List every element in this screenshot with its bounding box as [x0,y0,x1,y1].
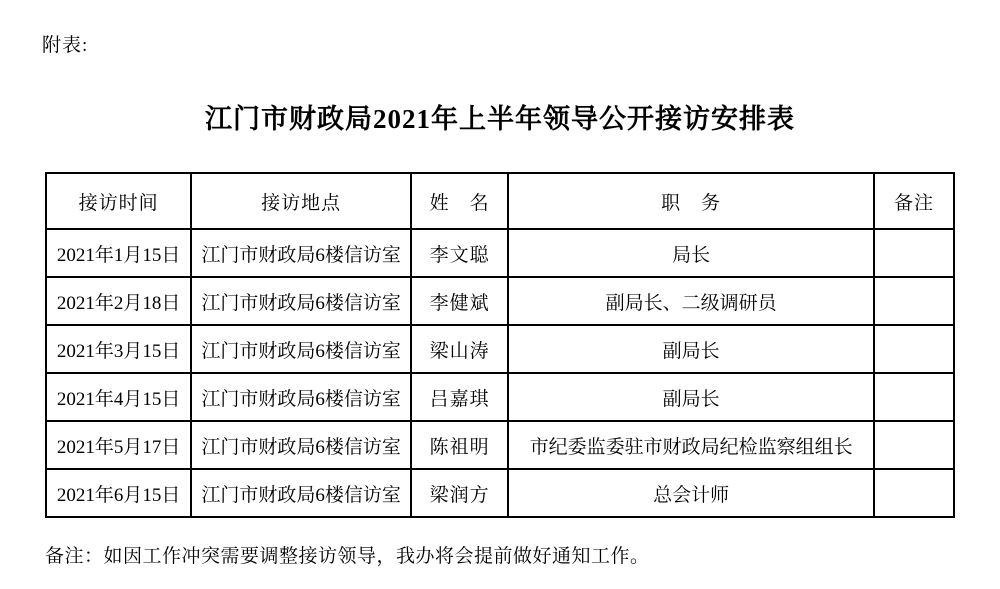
table-row: 2021年1月15日 江门市财政局6楼信访室 李文聪 局长 [46,229,954,277]
table-row: 2021年2月18日 江门市财政局6楼信访室 李健斌 副局长、二级调研员 [46,277,954,325]
cell-position: 局长 [508,229,874,277]
cell-name: 吕嘉琪 [411,373,508,421]
cell-position: 市纪委监委驻市财政局纪检监察组组长 [508,421,874,469]
cell-remark [874,373,954,421]
cell-time: 2021年2月18日 [46,277,191,325]
cell-location: 江门市财政局6楼信访室 [191,373,411,421]
header-reception-time: 接访时间 [46,173,191,229]
table-row: 2021年5月17日 江门市财政局6楼信访室 陈祖明 市纪委监委驻市财政局纪检监… [46,421,954,469]
cell-name: 李健斌 [411,277,508,325]
cell-time: 2021年6月15日 [46,469,191,517]
document-page: 附表: 江门市财政局2021年上半年领导公开接访安排表 接访时间 接访地点 姓 … [0,0,1000,589]
table-row: 2021年6月15日 江门市财政局6楼信访室 梁润方 总会计师 [46,469,954,517]
cell-name: 梁山涛 [411,325,508,373]
footer-note: 备注：如因工作冲突需要调整接访领导，我办将会提前做好通知工作。 [45,541,650,568]
cell-position: 副局长 [508,325,874,373]
cell-location: 江门市财政局6楼信访室 [191,229,411,277]
cell-position: 副局长 [508,373,874,421]
table-header-row: 接访时间 接访地点 姓 名 职 务 备注 [46,173,954,229]
cell-location: 江门市财政局6楼信访室 [191,325,411,373]
table-row: 2021年3月15日 江门市财政局6楼信访室 梁山涛 副局长 [46,325,954,373]
cell-remark [874,421,954,469]
header-position: 职 务 [508,173,874,229]
cell-remark [874,469,954,517]
cell-time: 2021年4月15日 [46,373,191,421]
cell-name: 李文聪 [411,229,508,277]
table-row: 2021年4月15日 江门市财政局6楼信访室 吕嘉琪 副局长 [46,373,954,421]
cell-time: 2021年3月15日 [46,325,191,373]
cell-position: 副局长、二级调研员 [508,277,874,325]
cell-time: 2021年5月17日 [46,421,191,469]
header-reception-location: 接访地点 [191,173,411,229]
header-remark: 备注 [874,173,954,229]
cell-remark [874,277,954,325]
cell-name: 梁润方 [411,469,508,517]
cell-location: 江门市财政局6楼信访室 [191,277,411,325]
cell-position: 总会计师 [508,469,874,517]
reception-schedule-table: 接访时间 接访地点 姓 名 职 务 备注 2021年1月15日 江门市财政局6楼… [45,172,955,518]
cell-location: 江门市财政局6楼信访室 [191,421,411,469]
cell-location: 江门市财政局6楼信访室 [191,469,411,517]
cell-time: 2021年1月15日 [46,229,191,277]
appendix-label: 附表: [42,30,88,57]
page-title: 江门市财政局2021年上半年领导公开接访安排表 [0,97,1000,136]
cell-name: 陈祖明 [411,421,508,469]
cell-remark [874,229,954,277]
cell-remark [874,325,954,373]
header-name: 姓 名 [411,173,508,229]
